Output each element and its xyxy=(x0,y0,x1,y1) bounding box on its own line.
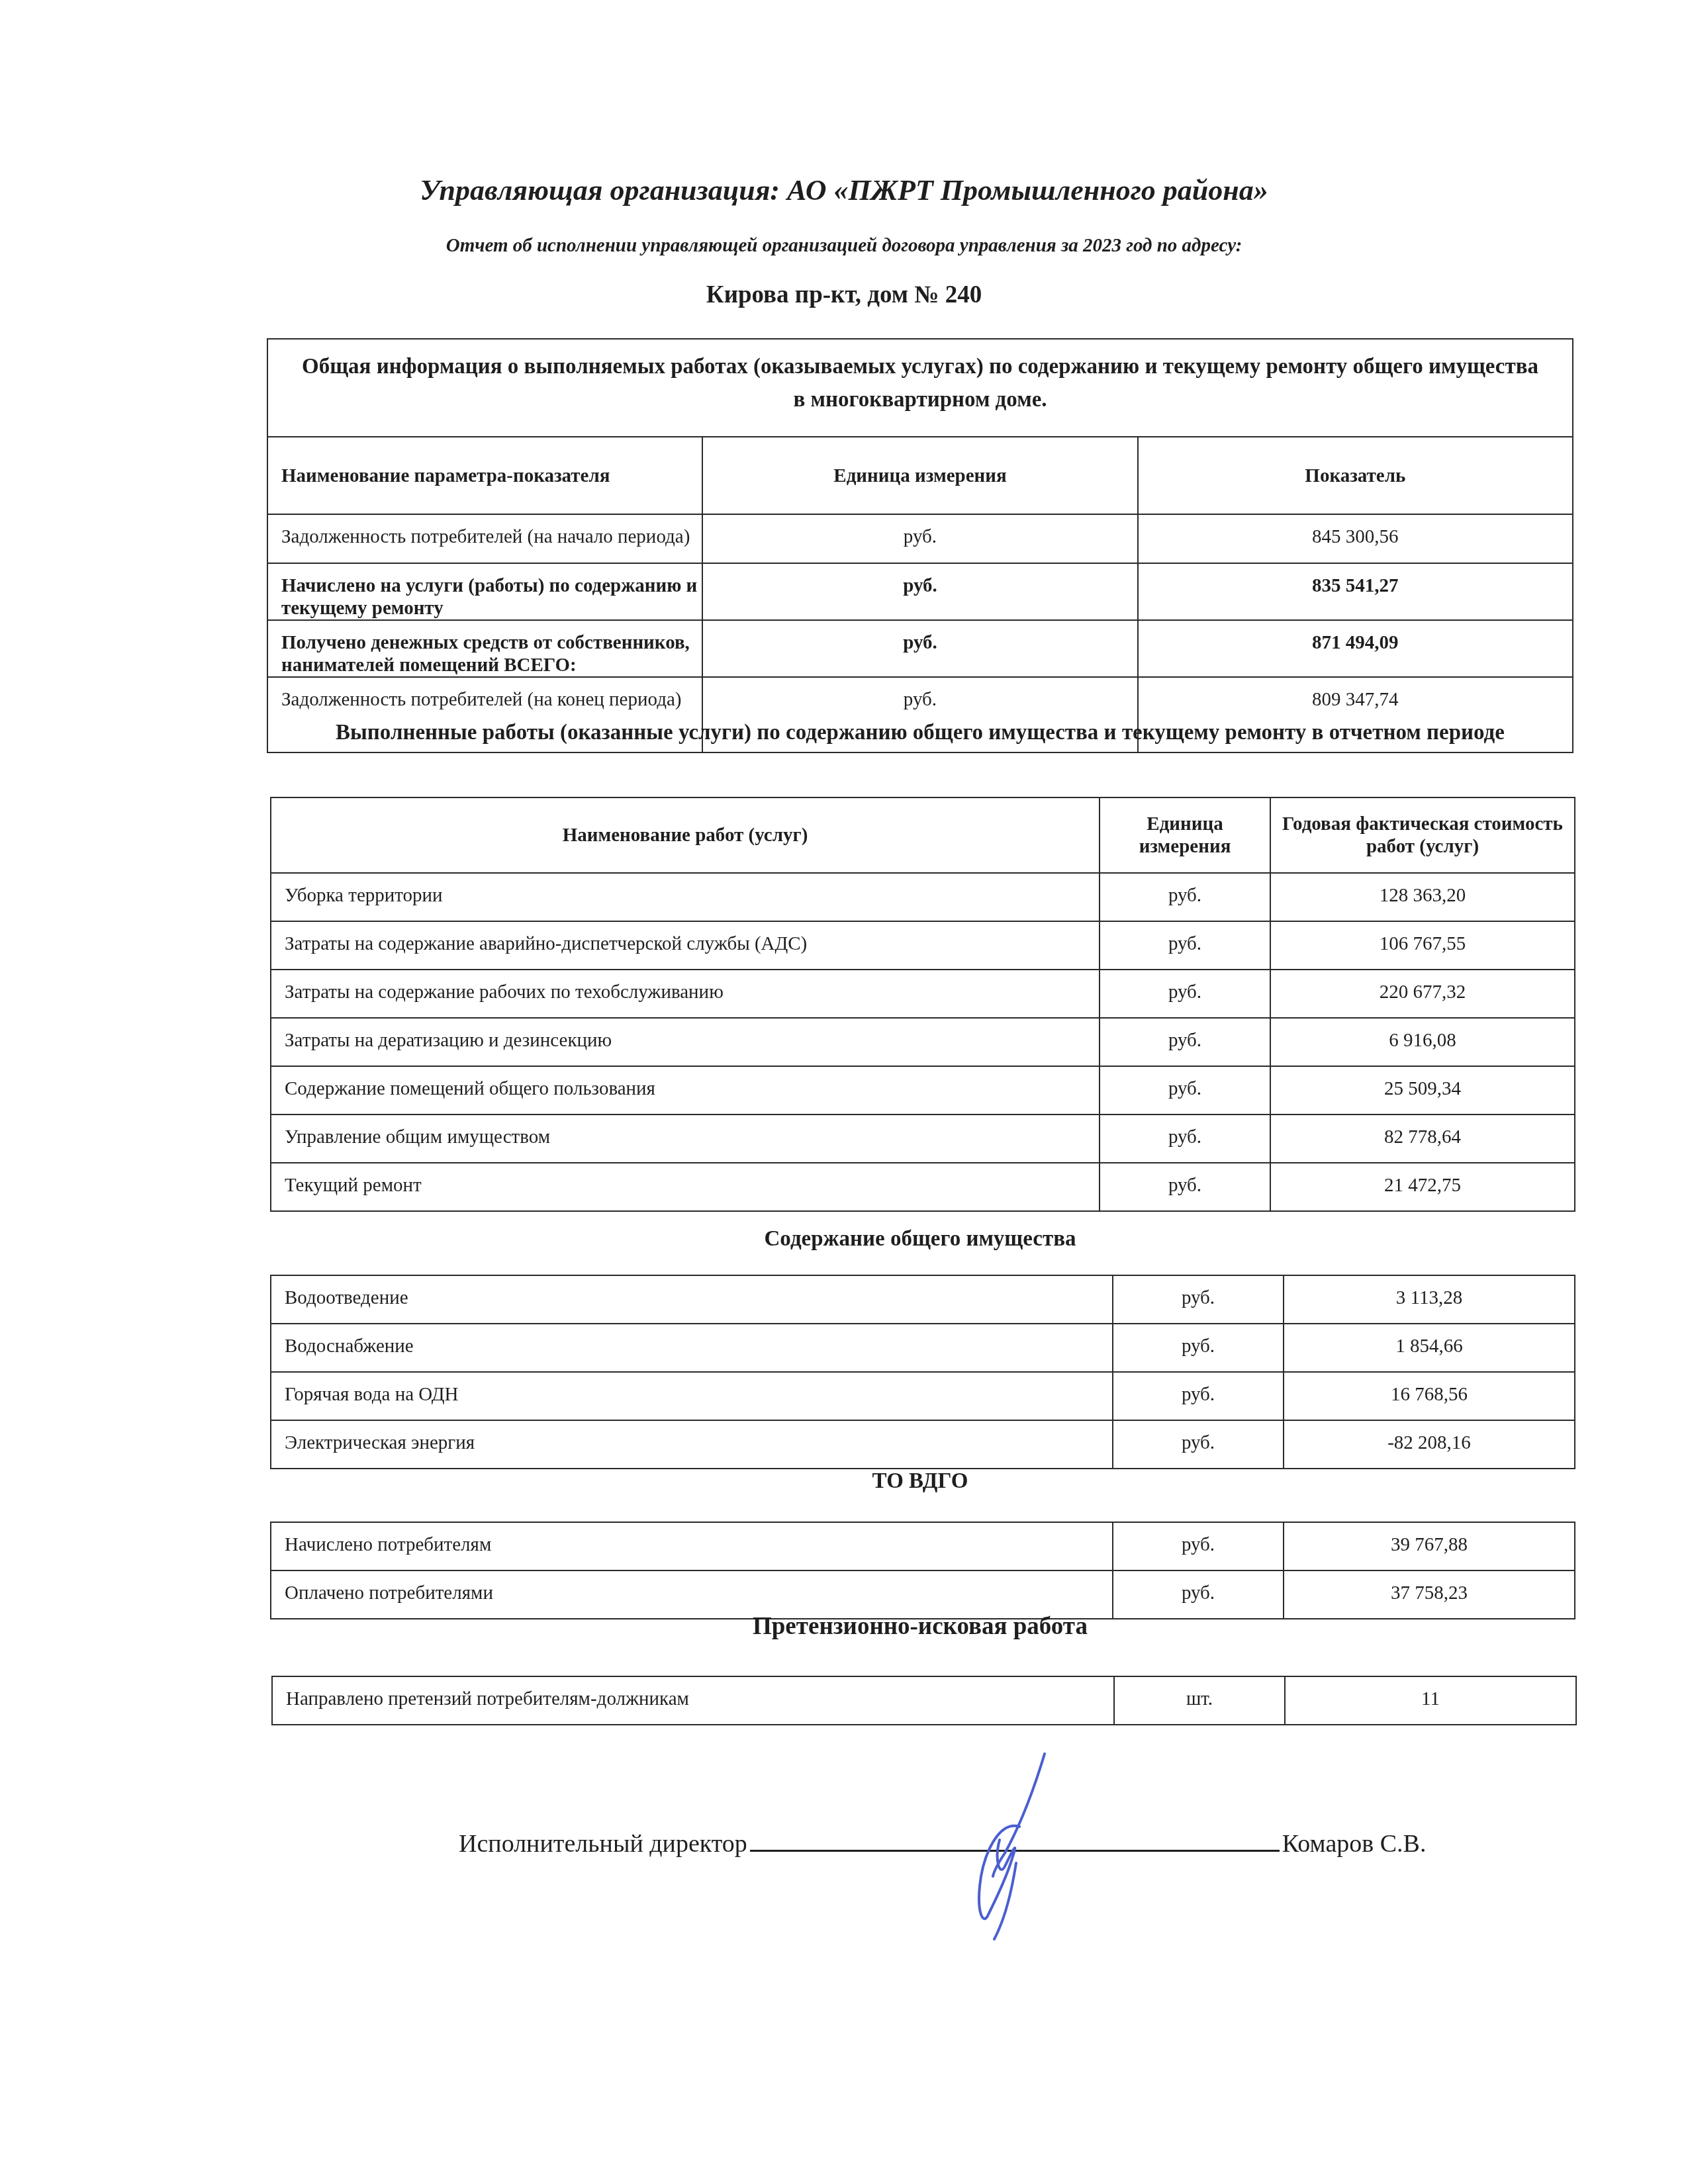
table-row: Получено денежных средств от собственник… xyxy=(267,620,1573,677)
row-unit: шт. xyxy=(1115,1677,1284,1710)
report-subtitle: Отчет об исполнении управляющей организа… xyxy=(0,235,1688,257)
row-value: -82 208,16 xyxy=(1284,1421,1574,1454)
row-name: Задолженность потребителей (на начало пе… xyxy=(281,515,702,548)
row-value: 128 363,20 xyxy=(1271,874,1574,907)
org-title: Управляющая организация: АО «ПЖРТ Промыш… xyxy=(0,173,1688,207)
works-section-title: Выполненные работы (оказанные услуги) по… xyxy=(252,716,1589,749)
table-row: Управление общим имуществомруб.82 778,64 xyxy=(271,1115,1575,1163)
handwritten-signature-icon xyxy=(920,1747,1092,1946)
vdgo-section-title: ТО ВДГО xyxy=(252,1465,1589,1498)
table-row: Затраты на дератизацию и дезинсекциюруб.… xyxy=(271,1018,1575,1066)
column-header: Единица измерения xyxy=(703,465,1137,487)
address: Кирова пр-кт, дом № 240 xyxy=(0,281,1688,309)
row-unit: руб. xyxy=(1100,1163,1270,1197)
row-unit: руб. xyxy=(703,621,1137,654)
row-value: 25 509,34 xyxy=(1271,1067,1574,1100)
row-value: 220 677,32 xyxy=(1271,970,1574,1003)
table-row: Содержание помещений общего пользованияр… xyxy=(271,1066,1575,1115)
row-value: 3 113,28 xyxy=(1284,1276,1574,1309)
row-value: 871 494,09 xyxy=(1139,621,1572,654)
column-header: Единица измерения xyxy=(1100,813,1270,858)
row-unit: руб. xyxy=(1113,1571,1283,1604)
row-unit: руб. xyxy=(1100,922,1270,955)
row-unit: руб. xyxy=(1100,874,1270,907)
row-unit: руб. xyxy=(1113,1373,1283,1406)
row-value: 6 916,08 xyxy=(1271,1019,1574,1052)
row-value: 21 472,75 xyxy=(1271,1163,1574,1197)
table-row: Горячая вода на ОДНруб.16 768,56 xyxy=(271,1372,1575,1420)
row-value: 835 541,27 xyxy=(1139,564,1572,597)
row-name: Затраты на дератизацию и дезинсекцию xyxy=(285,1019,1099,1052)
row-value: 39 767,88 xyxy=(1284,1523,1574,1556)
works-table: Наименование работ (услуг) Единица измер… xyxy=(270,797,1575,1212)
row-name: Управление общим имуществом xyxy=(285,1115,1099,1148)
row-name: Водоснабжение xyxy=(285,1324,1112,1357)
table-row: Водоотведениеруб.3 113,28 xyxy=(271,1275,1575,1324)
table-row: Задолженность потребителей (на начало пе… xyxy=(267,514,1573,563)
table-header-row: Наименование параметра-показателя Единиц… xyxy=(267,437,1573,514)
row-value: 82 778,64 xyxy=(1271,1115,1574,1148)
row-unit: руб. xyxy=(1113,1324,1283,1357)
table-row: Начислено на услуги (работы) по содержан… xyxy=(267,563,1573,620)
row-value: 37 758,23 xyxy=(1284,1571,1574,1604)
row-unit: руб. xyxy=(1100,1067,1270,1100)
row-name: Электрическая энергия xyxy=(285,1421,1112,1454)
table-row: Затраты на содержание рабочих по техобсл… xyxy=(271,970,1575,1018)
vdgo-table: Начислено потребителямруб.39 767,88Оплач… xyxy=(270,1522,1575,1619)
table-row: Начислено потребителямруб.39 767,88 xyxy=(271,1522,1575,1570)
row-name: Текущий ремонт xyxy=(285,1163,1099,1197)
claims-table: Направлено претензий потребителям-должни… xyxy=(271,1676,1577,1725)
table-row: Затраты на содержание аварийно-диспетчер… xyxy=(271,921,1575,970)
row-unit: руб. xyxy=(1100,1115,1270,1148)
row-value: 1 854,66 xyxy=(1284,1324,1574,1357)
signatory-name: Комаров С.В. xyxy=(1282,1830,1427,1858)
column-header: Наименование параметра-показателя xyxy=(281,465,702,487)
row-name: Начислено на услуги (работы) по содержан… xyxy=(281,564,702,619)
row-name: Оплачено потребителями xyxy=(285,1571,1112,1604)
row-unit: руб. xyxy=(703,678,1137,711)
row-unit: руб. xyxy=(703,515,1137,548)
row-value: 16 768,56 xyxy=(1284,1373,1574,1406)
row-value: 845 300,56 xyxy=(1139,515,1572,548)
row-name: Задолженность потребителей (на конец пер… xyxy=(281,678,702,711)
row-unit: руб. xyxy=(1113,1421,1283,1454)
table-row: Водоснабжениеруб.1 854,66 xyxy=(271,1324,1575,1372)
table-row: Уборка территориируб.128 363,20 xyxy=(271,873,1575,921)
row-value: 809 347,74 xyxy=(1139,678,1572,711)
row-unit: руб. xyxy=(1113,1276,1283,1309)
row-name: Направлено претензий потребителям-должни… xyxy=(286,1677,1113,1710)
row-name: Затраты на содержание аварийно-диспетчер… xyxy=(285,922,1099,955)
signatory-position: Исполнительный директор xyxy=(459,1830,747,1858)
common-property-section-title: Содержание общего имущества xyxy=(252,1222,1589,1255)
claims-section-title: Претензионно-исковая работа xyxy=(252,1610,1589,1643)
column-header: Годовая фактическая стоимость работ (усл… xyxy=(1271,813,1574,858)
row-name: Затраты на содержание рабочих по техобсл… xyxy=(285,970,1099,1003)
table-row: Текущий ремонтруб.21 472,75 xyxy=(271,1163,1575,1211)
row-name: Получено денежных средств от собственник… xyxy=(281,621,702,676)
column-header: Показатель xyxy=(1139,465,1572,487)
row-value: 106 767,55 xyxy=(1271,922,1574,955)
row-unit: руб. xyxy=(1113,1523,1283,1556)
row-name: Горячая вода на ОДН xyxy=(285,1373,1112,1406)
row-name: Водоотведение xyxy=(285,1276,1112,1309)
row-unit: руб. xyxy=(703,564,1137,597)
common-property-table: Водоотведениеруб.3 113,28Водоснабжениеру… xyxy=(270,1275,1575,1469)
row-name: Уборка территории xyxy=(285,874,1099,907)
column-header: Наименование работ (услуг) xyxy=(271,824,1099,846)
general-info-title: Общая информация о выполняемых работах (… xyxy=(267,339,1573,437)
row-unit: руб. xyxy=(1100,970,1270,1003)
table-row: Электрическая энергияруб.-82 208,16 xyxy=(271,1420,1575,1469)
general-info-table: Общая информация о выполняемых работах (… xyxy=(267,338,1573,753)
row-name: Содержание помещений общего пользования xyxy=(285,1067,1099,1100)
row-unit: руб. xyxy=(1100,1019,1270,1052)
table-row: Направлено претензий потребителям-должни… xyxy=(272,1676,1576,1725)
row-name: Начислено потребителям xyxy=(285,1523,1112,1556)
table-header-row: Наименование работ (услуг) Единица измер… xyxy=(271,797,1575,873)
row-value: 11 xyxy=(1286,1677,1575,1710)
